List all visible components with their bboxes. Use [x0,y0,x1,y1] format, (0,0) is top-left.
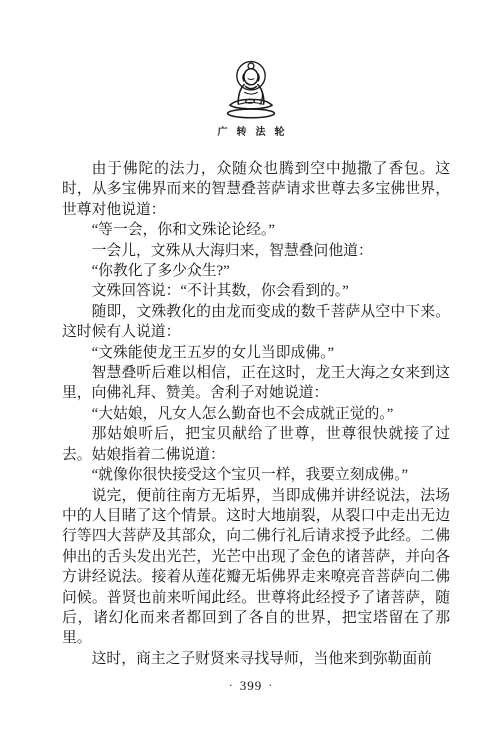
paragraph: 这时，商主之子财贤来寻找导师，当他来到弥勒面前 [62,649,450,669]
paragraph: “你教化了多少众生?” [62,261,450,281]
paragraph: 一会儿，文殊从大海归来，智慧叠问他道： [62,241,450,261]
body-text: 由于佛陀的法力，众随众也腾到空中抛撒了香包。这时，从多宝佛界而来的智慧叠菩萨请求… [62,159,450,669]
footer-left-dot: · [223,678,240,692]
paragraph: “等一会，你和文殊论论经。” [62,220,450,240]
seated-buddha-icon [207,56,295,120]
illustration-caption: 广转法轮 [0,123,502,138]
page-footer: ·399· [0,678,502,694]
paragraph: 随即，文殊教化的由龙而变成的数千菩萨从空中下来。这时候有人说道： [62,302,450,343]
book-page: 广转法轮 由于佛陀的法力，众随众也腾到空中抛撒了香包。这时，从多宝佛界而来的智慧… [0,0,502,747]
footer-right-dot: · [262,678,279,692]
illustration [0,0,502,120]
page-number: 399 [240,678,263,693]
paragraph: 智慧叠听后难以相信，正在这时，龙王大海之女来到这里，向佛礼拜、赞美。舍利子对她说… [62,363,450,404]
paragraph: 那姑娘听后，把宝贝献给了世尊，世尊很快就接了过去。姑娘指着二佛说道： [62,424,450,465]
paragraph: “就像你很快接受这个宝贝一样，我要立刻成佛。” [62,465,450,485]
paragraph: “大姑娘，凡女人怎么勤奋也不会成就正觉的。” [62,404,450,424]
paragraph: 由于佛陀的法力，众随众也腾到空中抛撒了香包。这时，从多宝佛界而来的智慧叠菩萨请求… [62,159,450,220]
paragraph: 文殊回答说：“不计其数，你会看到的。” [62,281,450,301]
paragraph: “文殊能使龙王五岁的女儿当即成佛。” [62,343,450,363]
paragraph: 说完，便前往南方无垢界，当即成佛并讲经说法，法场中的人目睹了这个情景。这时大地崩… [62,486,450,649]
